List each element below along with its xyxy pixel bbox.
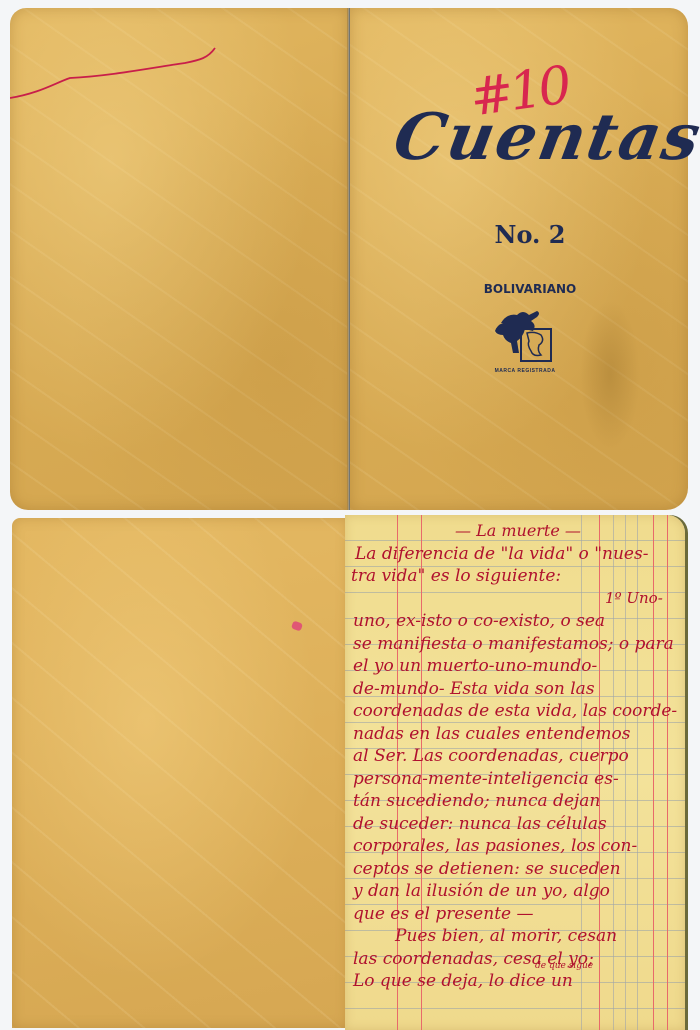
inside-cover-page — [12, 518, 348, 1028]
handwritten-line: que es el presente — — [353, 904, 533, 924]
equestrian-emblem-icon — [487, 305, 559, 365]
handwritten-line: Pues bien, al morir, cesan — [395, 926, 617, 946]
handwritten-line: — La muerte — — [455, 521, 581, 540]
handwritten-line: nadas en las cuales entendemos — [353, 724, 630, 744]
ruled-ledger-page: — La muerte —La diferencia de "la vida" … — [345, 515, 685, 1030]
emblem-caption: MARCA REGISTRADA — [470, 368, 580, 374]
handwritten-line: ceptos se detienen: se suceden — [353, 859, 621, 879]
handwritten-line: corporales, las pasiones, los con- — [353, 836, 637, 856]
handwritten-line: Lo que se deja, lo dice un — [353, 971, 573, 991]
handwritten-line: La diferencia de "la vida" o "nues- — [355, 544, 648, 564]
handwritten-line: de-mundo- Esta vida son las — [353, 679, 595, 699]
handwritten-line: tra vida" es lo siguiente: — [351, 566, 561, 586]
red-pencil-stroke — [10, 8, 230, 118]
handwritten-text: — La muerte —La diferencia de "la vida" … — [345, 515, 685, 1030]
handwritten-line: y dan la ilusión de un yo, algo — [353, 881, 610, 901]
handwritten-line: coordenadas de esta vida, las coorde- — [353, 701, 677, 721]
handwritten-line: tán sucediendo; nunca dejan — [353, 791, 600, 811]
handwritten-line: persona-mente-inteligencia es- — [353, 769, 619, 789]
handwritten-line: al Ser. Las coordenadas, cuerpo — [353, 746, 629, 766]
back-cover — [10, 8, 348, 510]
cover-title: Cuentas — [388, 100, 681, 175]
handwritten-line: 1º Uno- — [605, 589, 663, 607]
cover-brand: BOLIVARIANO — [455, 282, 605, 296]
handwritten-line: se manifiesta o manifestamos; o para — [353, 634, 674, 654]
handwritten-line: uno, ex-isto o co-existo, o sea — [353, 611, 605, 631]
handwritten-line: el yo un muerto-uno-mundo- — [353, 656, 597, 676]
handwritten-line: de suceder: nunca las células — [353, 814, 607, 834]
water-stain — [580, 300, 640, 450]
interlinear-note: de que sigue — [535, 961, 593, 971]
cover-number: No. 2 — [470, 220, 590, 249]
